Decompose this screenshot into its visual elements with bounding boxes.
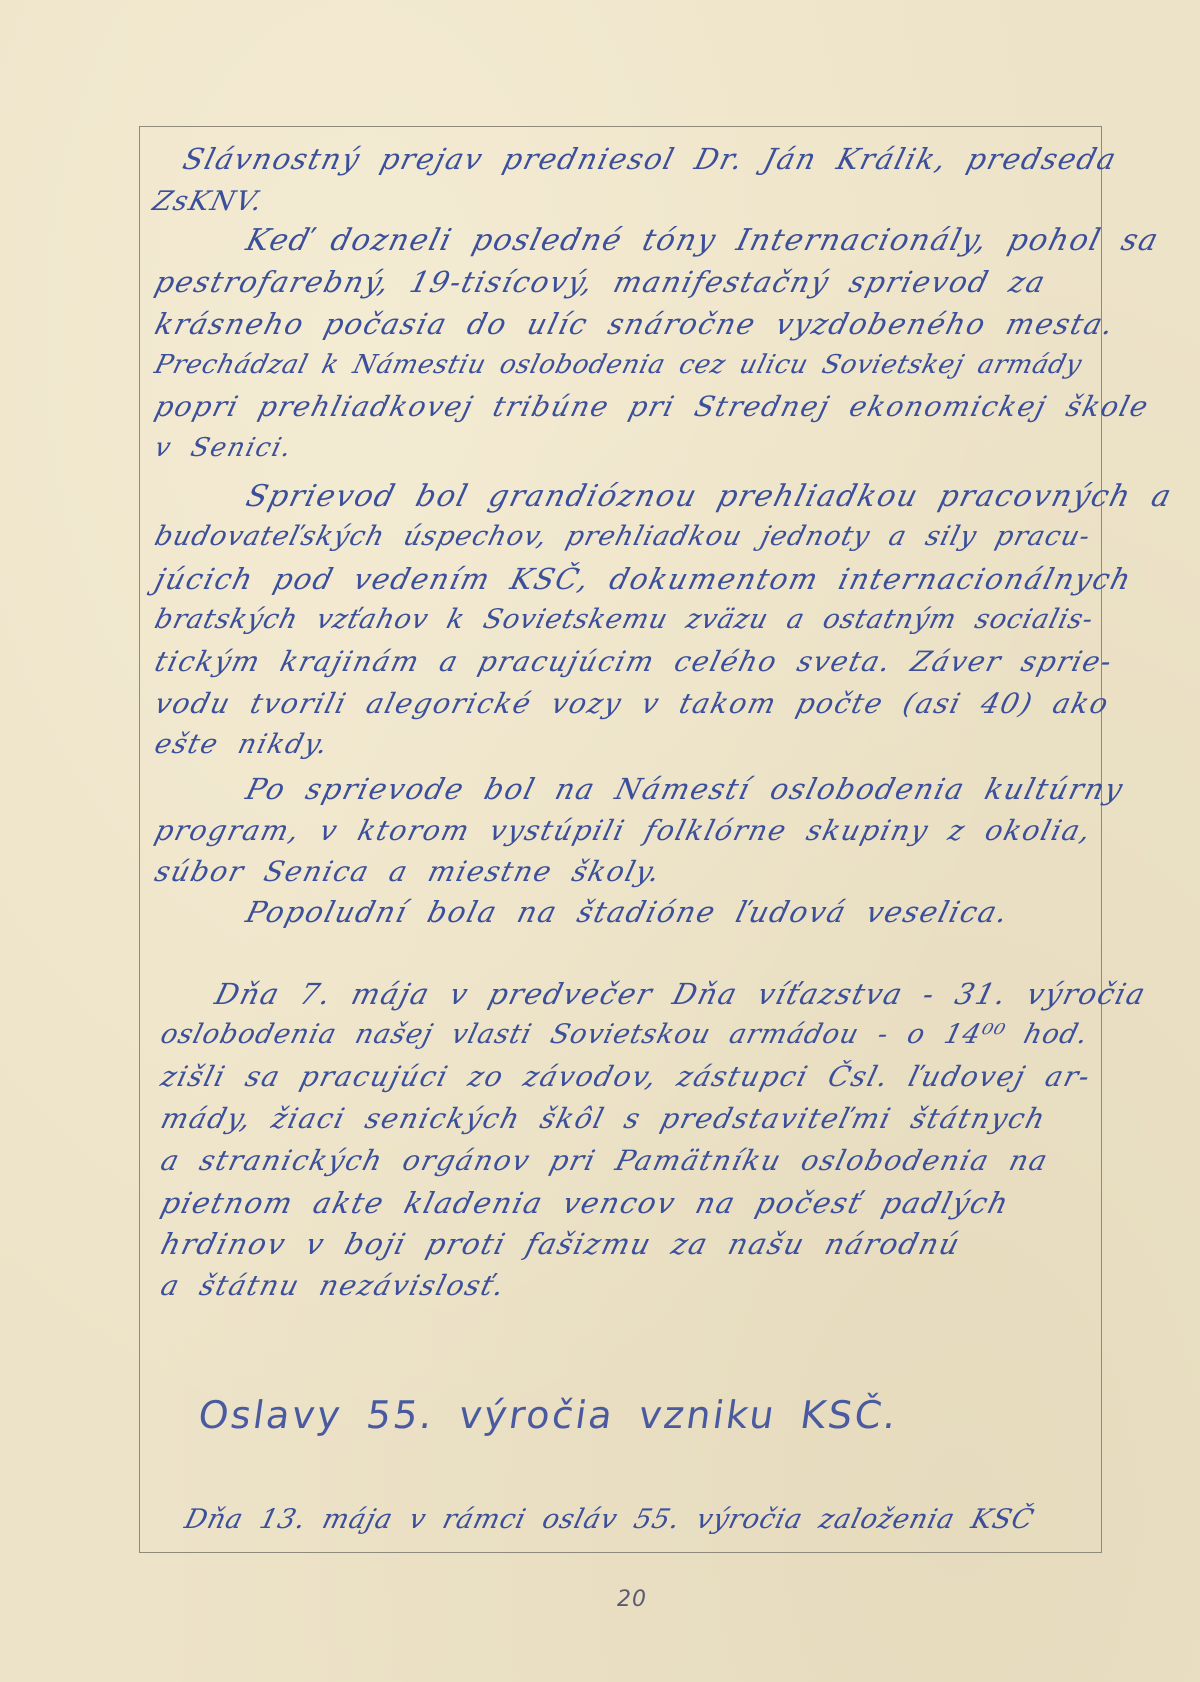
- text-line: krásneho počasia do ulíc snáročne vyzdob…: [152, 310, 1118, 339]
- text-line: v Senici.: [152, 435, 295, 461]
- text-line: a štátnu nezávislosť.: [158, 1272, 508, 1300]
- text-line: súbor Senica a miestne školy.: [152, 858, 664, 886]
- text-line: hrdinov v boji proti fašizmu za našu nár…: [158, 1230, 963, 1259]
- text-line: vodu tvorili alegorické vozy v takom poč…: [152, 690, 1112, 718]
- text-line: tickým krajinám a pracujúcim celého svet…: [152, 648, 1116, 676]
- text-line: Keď dozneli posledné tóny Internacionály…: [243, 226, 1162, 256]
- text-line: popri prehliadkovej tribúne pri Strednej…: [152, 393, 1152, 421]
- text-line: ešte nikdy.: [152, 731, 331, 758]
- text-line: Slávnostný prejav predniesol Dr. Ján Krá…: [180, 145, 1120, 174]
- text-line: a stranických orgánov pri Pamätníku oslo…: [158, 1147, 1051, 1175]
- section-heading: Oslavy 55. výročia vzniku KSČ.: [196, 1396, 901, 1434]
- text-line: Sprievod bol grandióznou prehliadkou pra…: [243, 482, 1175, 512]
- text-line: pietnom akte kladenia vencov na počesť p…: [158, 1189, 1012, 1218]
- text-line: Popoludní bola na štadióne ľudová veseli…: [243, 898, 1012, 927]
- text-line: ZsKNV.: [150, 188, 266, 215]
- text-line: Prechádzal k Námestiu oslobodenia cez ul…: [152, 352, 1085, 378]
- text-line: Po sprievode bol na Námestí oslobodenia …: [243, 775, 1127, 804]
- text-line: zišli sa pracujúci zo závodov, zástupci …: [158, 1063, 1094, 1091]
- text-line: budovateľských úspechov, prehliadkou jed…: [152, 523, 1093, 550]
- text-line: program, v ktorom vystúpili folklórne sk…: [152, 817, 1095, 845]
- text-line: Dňa 7. mája v predvečer Dňa víťazstva - …: [212, 980, 1149, 1009]
- text-line: pestrofarebný, 19-tisícový, manifestačný…: [152, 268, 1049, 297]
- text-line: júcich pod vedením KSČ, dokumentom inter…: [152, 565, 1135, 594]
- text-line: mády, žiaci senických škôl s predstavite…: [158, 1105, 1049, 1133]
- page-number: 20: [617, 1587, 647, 1612]
- text-line: oslobodenia našej vlasti Sovietskou armá…: [158, 1021, 1091, 1048]
- text-line: bratských vzťahov k Sovietskemu zväzu a …: [152, 606, 1096, 633]
- text-line: Dňa 13. mája v rámci osláv 55. výročia z…: [182, 1506, 1037, 1533]
